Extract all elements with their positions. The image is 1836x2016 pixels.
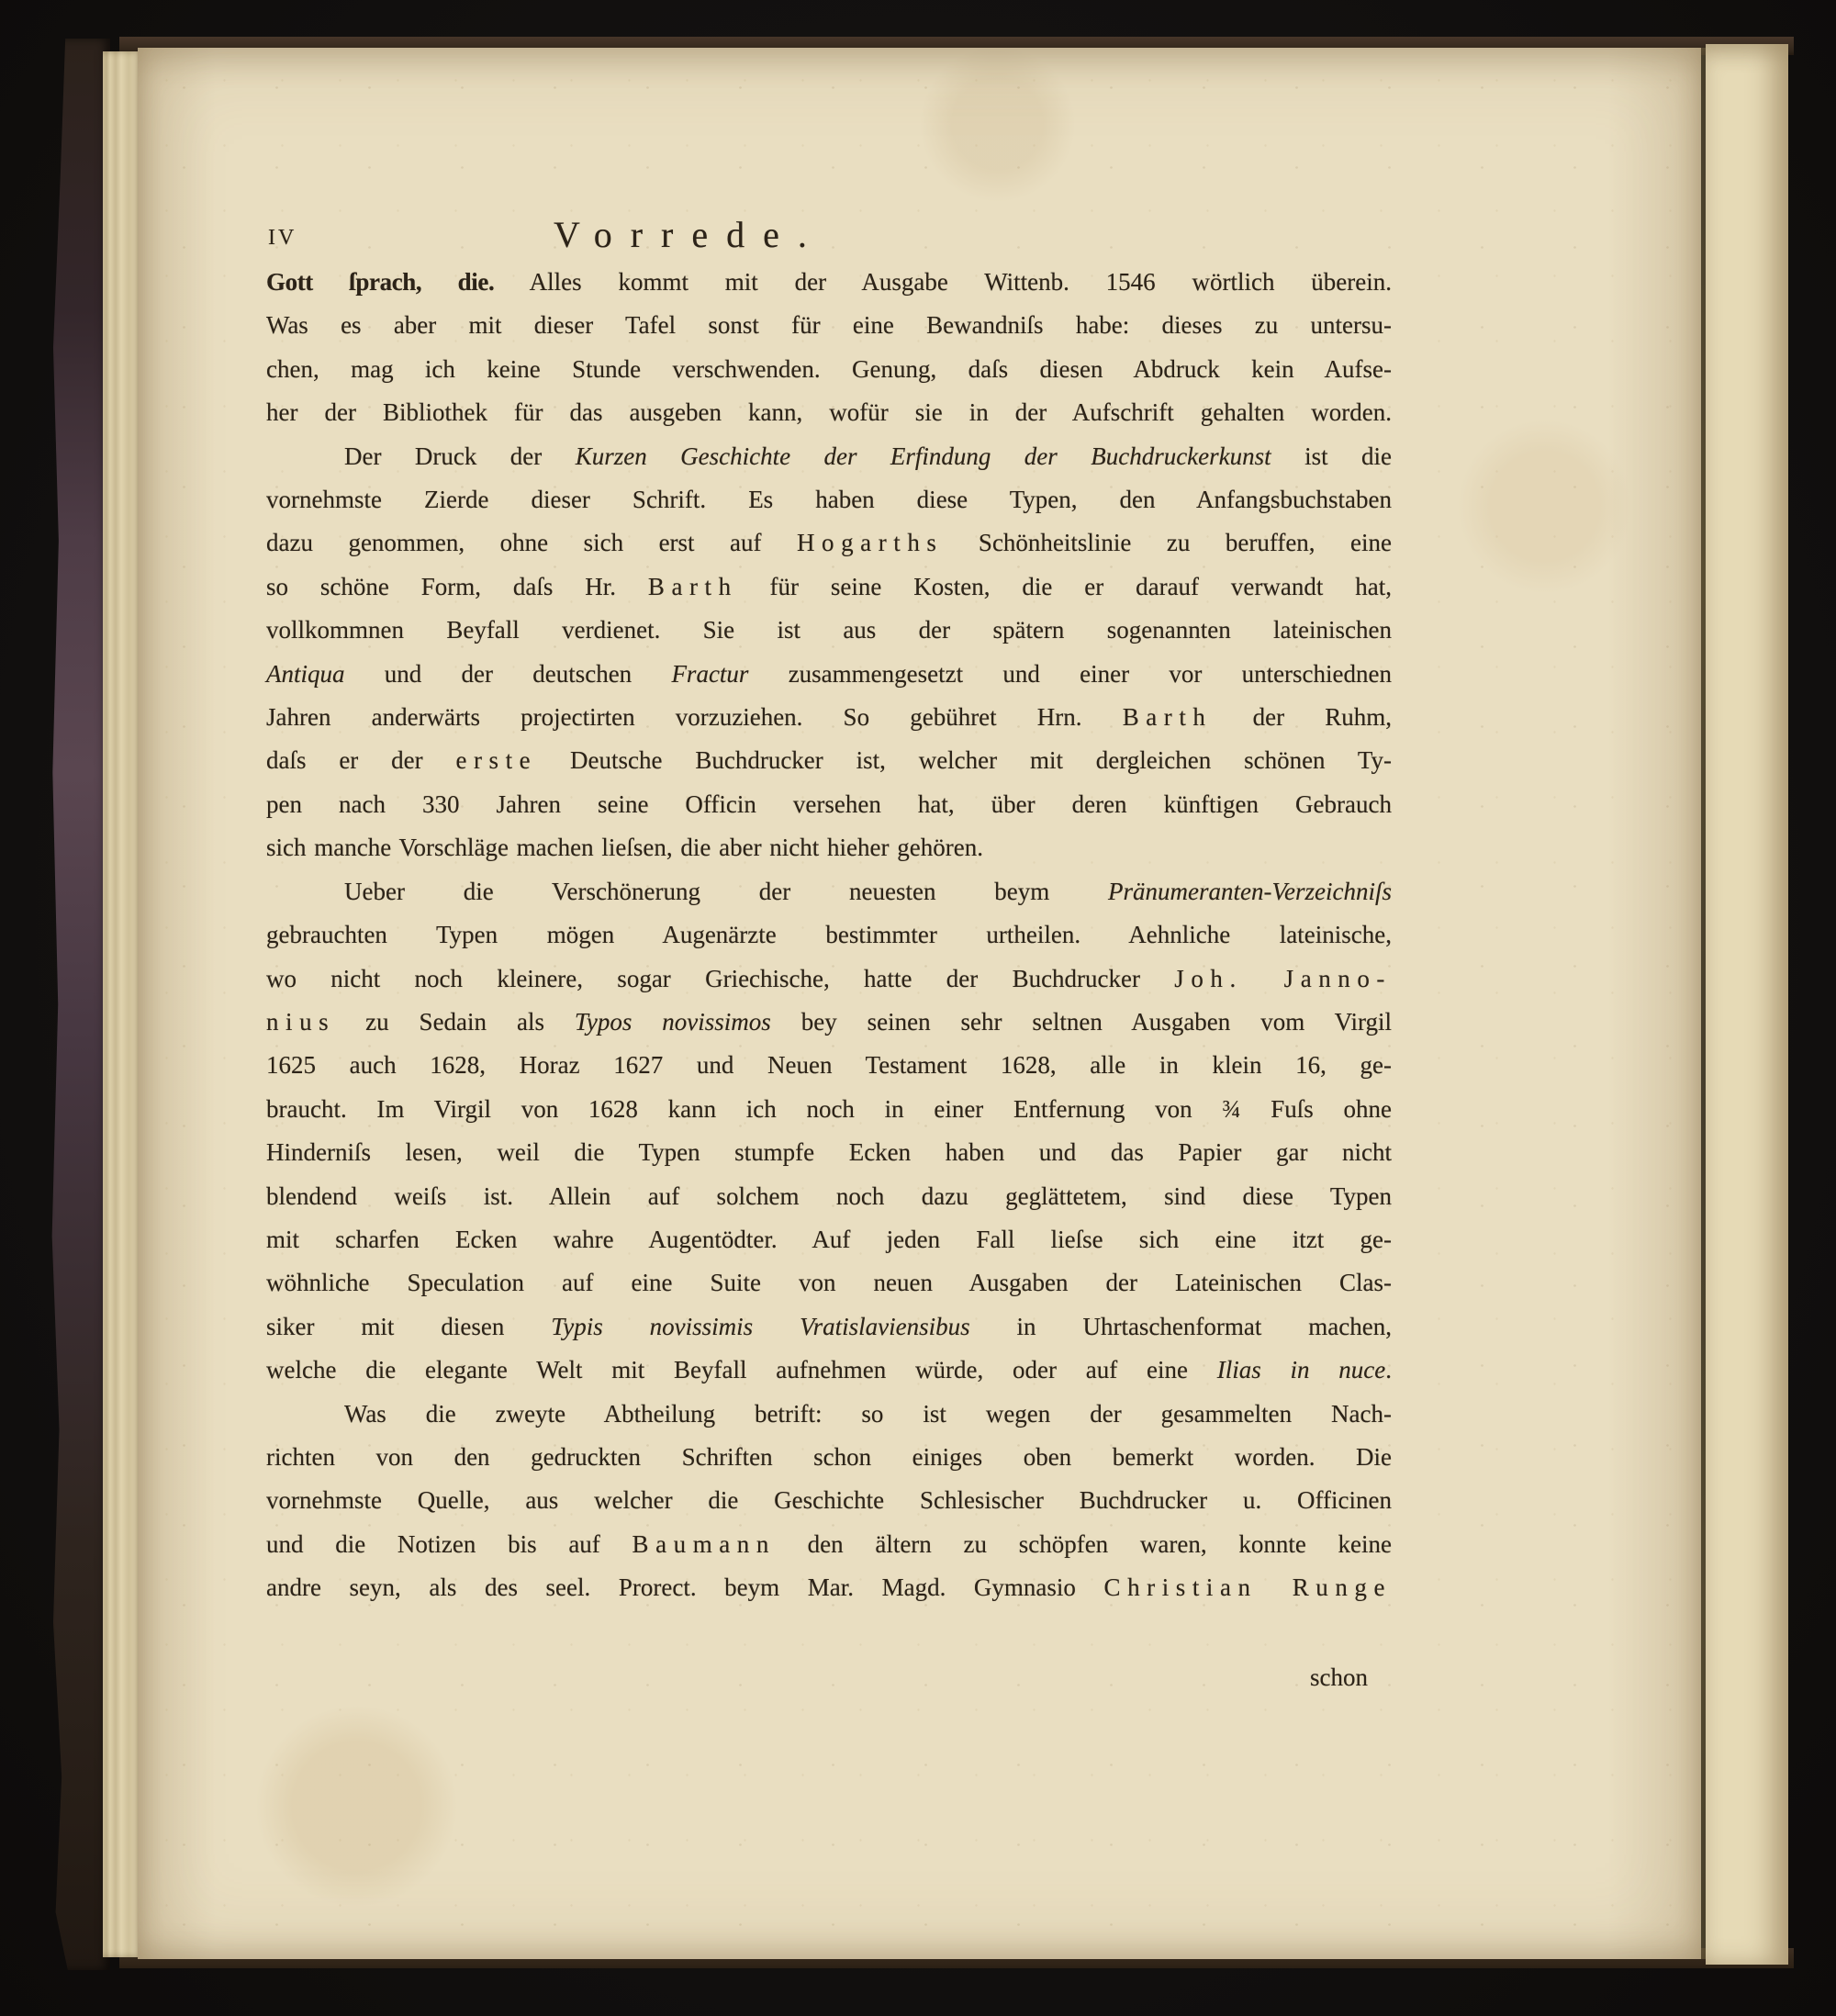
text-line: Hinderniſs lesen, weil die Typen stumpfe… bbox=[266, 1131, 1392, 1174]
text-segment: vollkommnen Beyfall verdienet. Sie ist a… bbox=[266, 616, 1392, 644]
text-line: 1625 auch 1628, Horaz 1627 und Neuen Tes… bbox=[266, 1044, 1392, 1087]
text-segment: zu Sedain als bbox=[335, 1008, 575, 1036]
text-line: blendend weiſs ist. Allein auf solchem n… bbox=[266, 1175, 1392, 1218]
text-line: Gott ſprach, die. Alles kommt mit der Au… bbox=[266, 261, 1392, 304]
text-line: mit scharfen Ecken wahre Augentödter. Au… bbox=[266, 1218, 1392, 1261]
text-segment: Christian Runge bbox=[1104, 1574, 1392, 1601]
text-line: Was die zweyte Abtheilung betrift: so is… bbox=[266, 1393, 1392, 1436]
text-line: richten von den gedruckten Schriften sch… bbox=[266, 1436, 1392, 1479]
text-segment: Hinderniſs lesen, weil die Typen stumpfe… bbox=[266, 1138, 1392, 1166]
book-spine bbox=[50, 39, 110, 1970]
text-line: Antiqua und der deutschen Fractur zusamm… bbox=[266, 653, 1392, 696]
facing-page-edge bbox=[1706, 44, 1788, 1965]
text-segment: blendend weiſs ist. Allein auf solchem n… bbox=[266, 1182, 1392, 1210]
text-segment: Antiqua bbox=[266, 660, 345, 688]
text-segment: andre seyn, als des seel. Prorect. beym … bbox=[266, 1574, 1104, 1601]
text-segment: und die Notizen bis auf bbox=[266, 1530, 633, 1558]
text-line: daſs er der erste Deutsche Buchdrucker i… bbox=[266, 739, 1392, 782]
text-segment: Barth bbox=[648, 573, 738, 600]
text-segment: welche die elegante Welt mit Beyfall auf… bbox=[266, 1356, 1217, 1383]
text-line: nius zu Sedain als Typos novissimos bey … bbox=[266, 1001, 1392, 1044]
catchword: schon bbox=[266, 1656, 1392, 1699]
text-line: siker mit diesen Typis novissimis Vratis… bbox=[266, 1305, 1392, 1349]
text-line: vollkommnen Beyfall verdienet. Sie ist a… bbox=[266, 609, 1392, 652]
text-segment: Gott ſprach, die. bbox=[266, 268, 494, 296]
text-segment: Ilias in nuce bbox=[1217, 1356, 1386, 1383]
text-line: und die Notizen bis auf Baumann den älte… bbox=[266, 1523, 1392, 1566]
text-segment: Ueber die Verschönerung der neuesten bey… bbox=[344, 878, 1108, 905]
text-segment: vornehmste Quelle, aus welcher die Gesch… bbox=[266, 1486, 1392, 1514]
text-segment: Baumann bbox=[633, 1530, 776, 1558]
text-segment: 1625 auch 1628, Horaz 1627 und Neuen Tes… bbox=[266, 1051, 1392, 1079]
text-line: vornehmste Zierde dieser Schrift. Es hab… bbox=[266, 478, 1392, 521]
text-segment: Joh. Janno- bbox=[1174, 965, 1392, 992]
text-line: gebrauchten Typen mögen Augenärzte besti… bbox=[266, 913, 1392, 957]
text-line: Ueber die Verschönerung der neuesten bey… bbox=[266, 870, 1392, 913]
text-segment: daſs er der bbox=[266, 746, 455, 774]
text-line: braucht. Im Virgil von 1628 kann ich noc… bbox=[266, 1088, 1392, 1131]
text-segment: chen, mag ich keine Stunde verschwenden.… bbox=[266, 355, 1392, 383]
text-segment: der Ruhm, bbox=[1212, 703, 1392, 731]
text-line: her der Bibliothek für das ausgeben kann… bbox=[266, 391, 1392, 434]
text-segment: richten von den gedruckten Schriften sch… bbox=[266, 1443, 1392, 1471]
text-line: pen nach 330 Jahren seine Officin verseh… bbox=[266, 783, 1392, 826]
text-segment: Typis novissimis Vratislaviensibus bbox=[551, 1313, 969, 1340]
text-segment: her der Bibliothek für das ausgeben kann… bbox=[266, 398, 1392, 426]
text-line: chen, mag ich keine Stunde verschwenden.… bbox=[266, 348, 1392, 391]
text-segment: Pränumeranten-Verzeichniſs bbox=[1108, 878, 1392, 905]
paragraph-host: Gott ſprach, die. Alles kommt mit der Au… bbox=[266, 261, 1392, 1610]
text-segment: Alles kommt mit der Ausgabe Wittenb. 154… bbox=[494, 268, 1392, 296]
text-line: dazu genommen, ohne sich erst auf Hogart… bbox=[266, 521, 1392, 565]
page-text: Gott ſprach, die. Alles kommt mit der Au… bbox=[266, 261, 1392, 1699]
text-segment: braucht. Im Virgil von 1628 kann ich noc… bbox=[266, 1095, 1392, 1123]
text-segment: Kurzen Geschichte der Erfindung der Buch… bbox=[576, 442, 1271, 470]
text-line: Der Druck der Kurzen Geschichte der Erfi… bbox=[266, 435, 1392, 478]
text-segment: gebrauchten Typen mögen Augenärzte besti… bbox=[266, 921, 1392, 948]
text-segment: wo nicht noch kleinere, sogar Griechisch… bbox=[266, 965, 1174, 992]
text-segment: Typos novissimos bbox=[575, 1008, 771, 1036]
text-segment: Jahren anderwärts projectirten vorzuzieh… bbox=[266, 703, 1123, 731]
text-segment: so schöne Form, daſs Hr. bbox=[266, 573, 648, 600]
text-segment: dazu genommen, ohne sich erst auf bbox=[266, 529, 797, 556]
text-segment: wöhnliche Speculation auf eine Suite von… bbox=[266, 1269, 1392, 1296]
text-segment: Barth bbox=[1123, 703, 1213, 731]
text-segment: zusammengesetzt und einer vor unterschie… bbox=[748, 660, 1392, 688]
text-segment: nius bbox=[266, 1008, 335, 1036]
text-line: Was es aber mit dieser Tafel sonst für e… bbox=[266, 304, 1392, 347]
text-segment: Der Druck der bbox=[344, 442, 576, 470]
text-segment: Deutsche Buchdrucker ist, welcher mit de… bbox=[537, 746, 1392, 774]
text-segment: pen nach 330 Jahren seine Officin verseh… bbox=[266, 790, 1392, 818]
text-line: vornehmste Quelle, aus welcher die Gesch… bbox=[266, 1479, 1392, 1522]
page-number: IV bbox=[268, 217, 297, 260]
text-segment: Fractur bbox=[671, 660, 748, 688]
text-line: andre seyn, als des seel. Prorect. beym … bbox=[266, 1566, 1392, 1609]
text-line: welche die elegante Welt mit Beyfall auf… bbox=[266, 1349, 1392, 1392]
text-segment: erste bbox=[455, 746, 537, 774]
text-segment: . bbox=[1385, 1356, 1392, 1383]
text-segment: siker mit diesen bbox=[266, 1313, 551, 1340]
text-segment: für seine Kosten, die er darauf verwandt… bbox=[738, 573, 1392, 600]
text-line: sich manche Vorschläge machen lieſsen, d… bbox=[266, 826, 1392, 869]
header-title: Vorrede. bbox=[554, 213, 825, 256]
text-segment: in Uhrtaschenformat machen, bbox=[970, 1313, 1392, 1340]
text-segment: bey seinen sehr seltnen Ausgaben vom Vir… bbox=[771, 1008, 1392, 1036]
text-segment: sich manche Vorschläge machen lieſsen, d… bbox=[266, 834, 983, 861]
text-segment: Hogarths bbox=[797, 529, 943, 556]
page-edge-stack bbox=[103, 51, 141, 1957]
text-segment: vornehmste Zierde dieser Schrift. Es hab… bbox=[266, 486, 1392, 513]
text-segment: Schönheitslinie zu beruffen, eine bbox=[943, 529, 1392, 556]
text-line: Jahren anderwärts projectirten vorzuzieh… bbox=[266, 696, 1392, 739]
scan-background: IV Vorrede. Gott ſprach, die. Alles komm… bbox=[0, 0, 1836, 2016]
text-segment: mit scharfen Ecken wahre Augentödter. Au… bbox=[266, 1226, 1392, 1253]
text-line: so schöne Form, daſs Hr. Barth für seine… bbox=[266, 566, 1392, 609]
text-segment: Was es aber mit dieser Tafel sonst für e… bbox=[266, 311, 1392, 339]
text-segment: und der deutschen bbox=[345, 660, 672, 688]
text-segment: ist die bbox=[1271, 442, 1392, 470]
text-segment: den ältern zu schöpfen waren, konnte kei… bbox=[776, 1530, 1392, 1558]
text-line: wöhnliche Speculation auf eine Suite von… bbox=[266, 1261, 1392, 1305]
text-segment: Was die zweyte Abtheilung betrift: so is… bbox=[344, 1400, 1392, 1428]
text-line: wo nicht noch kleinere, sogar Griechisch… bbox=[266, 958, 1392, 1001]
